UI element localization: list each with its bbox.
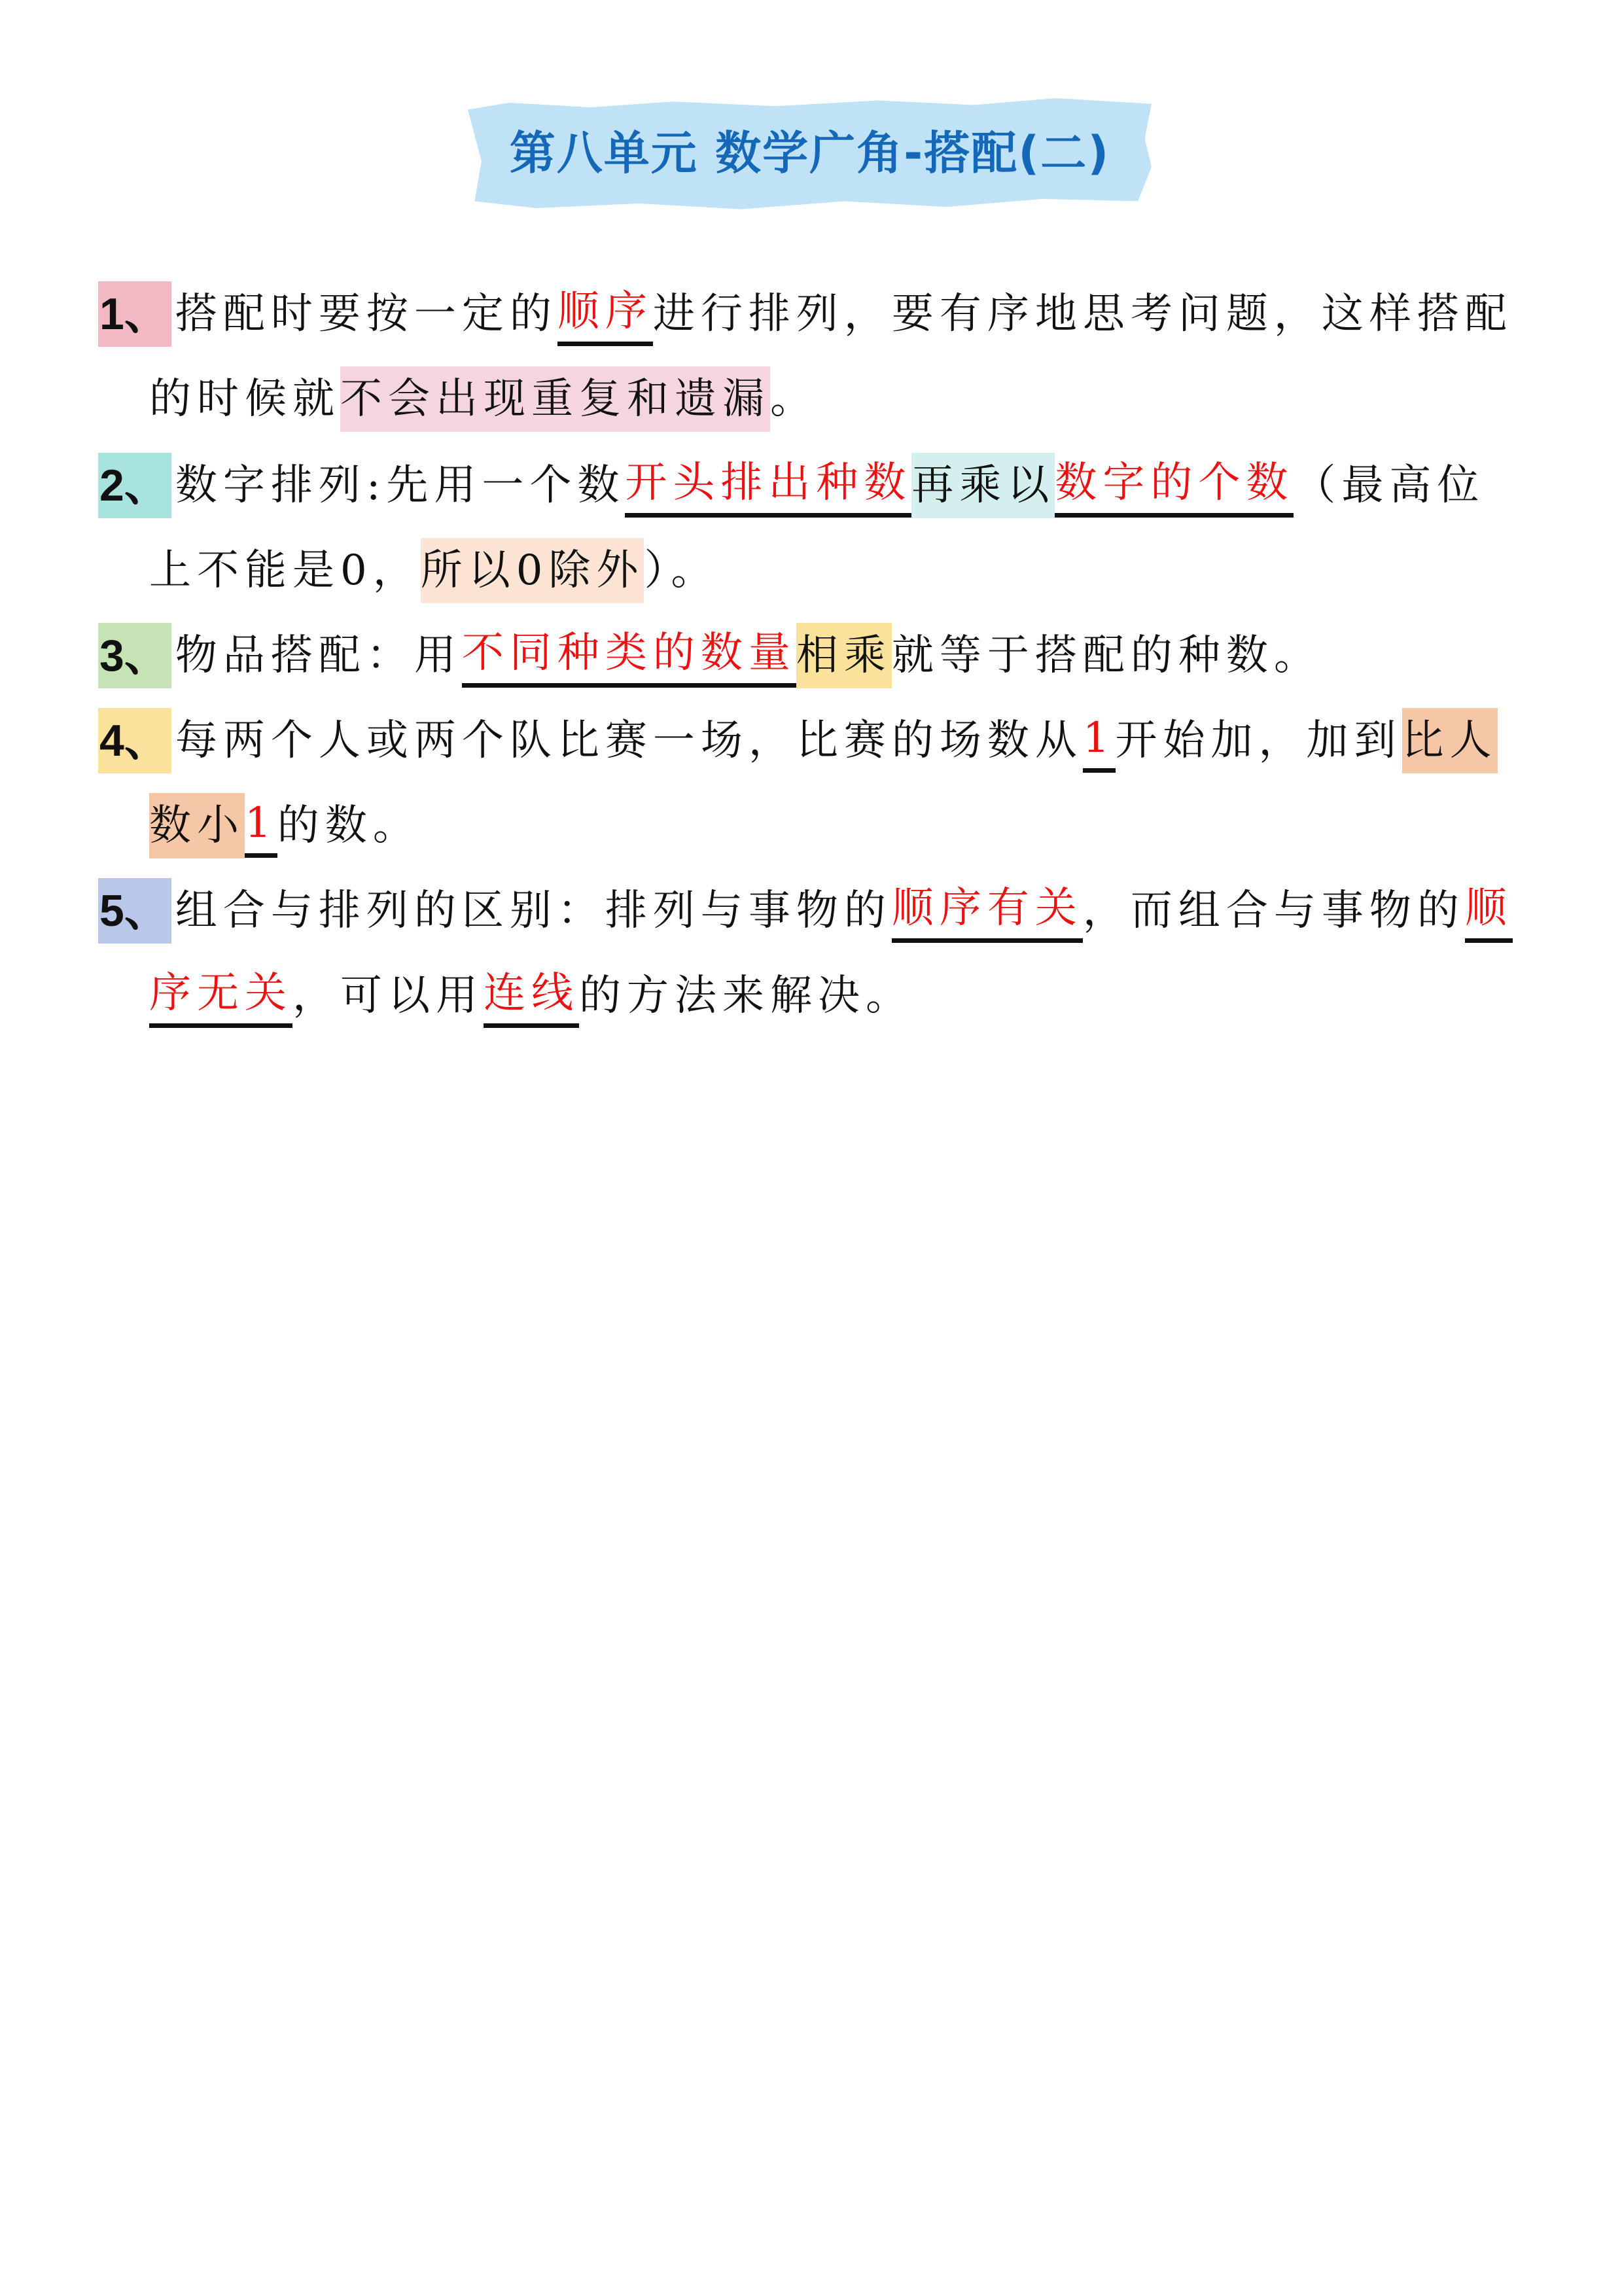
text-line: 数小1的数。 — [98, 780, 1538, 865]
body-text: 进行排列，要有序地思考问题，这样搭配 — [653, 281, 1513, 347]
key-term: 顺序 — [557, 281, 653, 346]
text-line: 3、物品搭配：用不同种类的数量相乘就等于搭配的种数。 — [98, 610, 1538, 695]
body-text: 上不能是0， — [149, 538, 421, 603]
text-line: 上不能是0，所以0除外 ）。 — [98, 525, 1538, 610]
number-badge: 2、 — [98, 453, 171, 518]
number-badge: 5、 — [98, 878, 171, 944]
key-term: 不同种类的数量 — [462, 623, 796, 688]
body-text: ，而组合与事物的 — [1083, 878, 1465, 944]
text-line: 2、数字排列:先用一个数开头排出种数再乘以数字的个数（最高位 — [98, 440, 1538, 525]
body-text: 的方法来解决。 — [579, 963, 913, 1029]
highlighted-text: 比人 — [1402, 708, 1498, 773]
body-text: 的数。 — [277, 793, 421, 858]
knowledge-point-3: 3、物品搭配：用不同种类的数量相乘就等于搭配的种数。 — [98, 610, 1538, 695]
key-term: 顺序有关 — [892, 878, 1083, 943]
body-text: 就等于搭配的种数。 — [892, 623, 1322, 688]
body-text: ）。 — [644, 538, 718, 603]
highlighted-text: 不会出现重复和遗漏 — [340, 366, 770, 432]
text-line: 4、每两个人或两个队比赛一场，比赛的场数从1开始加，加到比人 — [98, 695, 1538, 780]
body-text: 组合与排列的区别：排列与事物的 — [175, 878, 892, 944]
highlighted-text: 所以0除外 — [421, 538, 644, 603]
text-line: 1、搭配时要按一定的顺序进行排列，要有序地思考问题，这样搭配 — [98, 268, 1538, 353]
knowledge-point-5: 5、组合与排列的区别：排列与事物的顺序有关，而组合与事物的顺序无关，可以用连线的… — [98, 865, 1538, 1035]
body-text: 。 — [770, 366, 818, 432]
body-text: （最高位 — [1294, 453, 1485, 518]
body-text: 数字排列:先用一个数 — [175, 453, 626, 518]
knowledge-point-2: 2、数字排列:先用一个数开头排出种数再乘以数字的个数（最高位上不能是0，所以0除… — [98, 440, 1538, 610]
highlighted-text: 再乘以 — [911, 453, 1055, 518]
body-text: 每两个人或两个队比赛一场，比赛的场数从 — [175, 708, 1083, 773]
page-title: 第八单元 数学广角-搭配(二) — [468, 116, 1152, 183]
key-term: 1 — [245, 793, 277, 858]
key-term: 1 — [1083, 708, 1116, 773]
highlighted-text: 数小 — [149, 793, 245, 858]
key-term: 顺 — [1465, 878, 1513, 943]
text-line: 序无关，可以用连线的方法来解决。 — [98, 950, 1538, 1035]
text-line: 5、组合与排列的区别：排列与事物的顺序有关，而组合与事物的顺 — [98, 865, 1538, 950]
number-badge: 1、 — [98, 281, 171, 347]
body-text: 物品搭配：用 — [175, 623, 462, 688]
knowledge-point-4: 4、每两个人或两个队比赛一场，比赛的场数从1开始加，加到比人数小1的数。 — [98, 695, 1538, 865]
key-term: 连线 — [484, 963, 579, 1028]
body-text: 的时候就 — [149, 366, 340, 432]
body-text: ，可以用 — [292, 963, 484, 1029]
number-badge: 3、 — [98, 623, 171, 688]
key-term: 序无关 — [149, 963, 292, 1028]
text-line: 的时候就不会出现重复和遗漏。 — [98, 353, 1538, 438]
body-text: 搭配时要按一定的 — [175, 281, 557, 347]
number-badge: 4、 — [98, 708, 171, 773]
body-text: 开始加，加到 — [1116, 708, 1402, 773]
key-term: 数字的个数 — [1055, 453, 1294, 518]
highlighted-text: 相乘 — [796, 623, 892, 688]
key-term: 开头排出种数 — [625, 453, 911, 518]
title-banner: 第八单元 数学广角-搭配(二) — [468, 98, 1152, 213]
knowledge-point-1: 1、搭配时要按一定的顺序进行排列，要有序地思考问题，这样搭配的时候就不会出现重复… — [98, 268, 1538, 438]
